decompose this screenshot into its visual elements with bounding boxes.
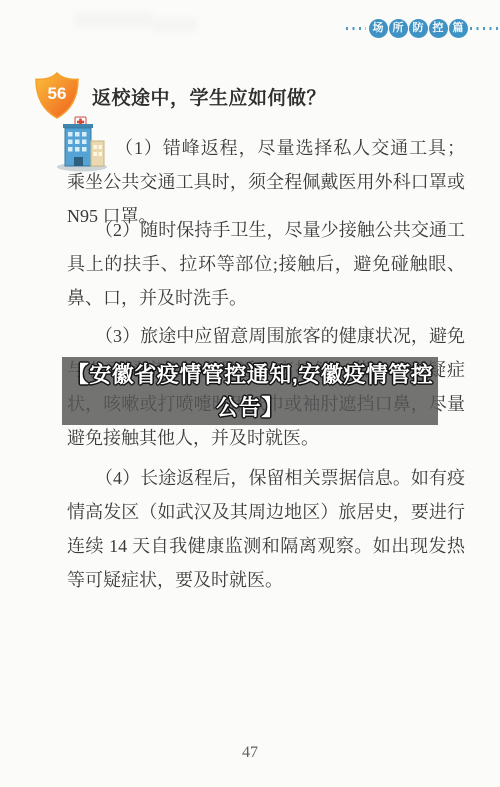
ribbon-char: 场 — [369, 19, 388, 38]
watermark-text-line1: 【安徽省疫情管控通知,安徽疫情管控 — [67, 358, 434, 391]
watermark-text-line2: 公告】 — [216, 391, 284, 424]
ribbon-char: 所 — [389, 19, 408, 38]
ribbon-char: 控 — [429, 19, 448, 38]
paragraph-2: （2）随时保持手卫生，尽量少接触公共交通工具上的扶手、拉环等部位;接触后，避免碰… — [67, 213, 465, 315]
paragraph-4: （4）长途返程后，保留相关票据信息。如有疫情高发区（如武汉及其周边地区）旅居史，… — [67, 461, 465, 597]
ribbon-char: 防 — [409, 19, 428, 38]
ribbon-dots-right-icon — [470, 27, 500, 30]
scan-artifact — [75, 12, 153, 28]
scan-artifact — [152, 18, 198, 32]
question-number: 56 — [34, 84, 80, 104]
page-title: 返校途中，学生应如何做？ — [92, 85, 326, 113]
watermark-overlay: 【安徽省疫情管控通知,安徽疫情管控 公告】 — [62, 357, 438, 425]
section-ribbon: 场 所 防 控 篇 — [346, 19, 500, 38]
ribbon-char: 篇 — [449, 19, 468, 38]
question-number-badge: 56 — [34, 71, 80, 120]
ribbon-dots-left-icon — [346, 27, 366, 30]
page-number: 47 — [0, 744, 500, 762]
booklet-page: 场 所 防 控 篇 56 返校途中，学生应如何做？ — [0, 0, 500, 787]
